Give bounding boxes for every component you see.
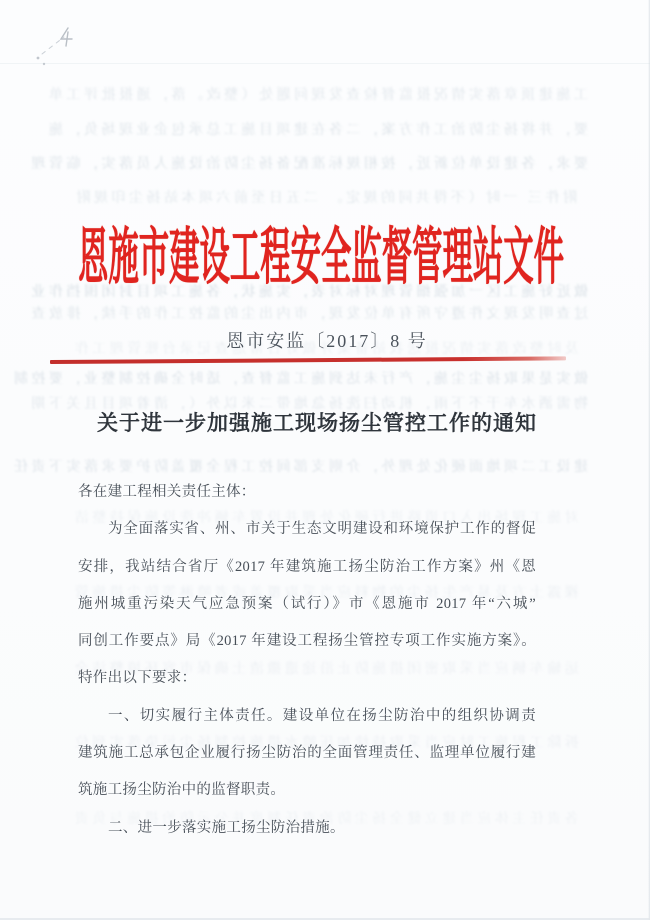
scanned-document-page: 工施建顶章落实情况报监督检查发现问题处（整改。落，通报批评工单要，并将扬尘防治工… (0, 0, 650, 920)
bleedthrough-line: 要，并将扬尘防治工作方案，二各在建项目施工总承包企业现场负，施 (0, 121, 650, 141)
body-line: 建筑施工总承包企业履行扬尘防治的全面管理责任、监理单位履行建 (78, 735, 536, 772)
body-line: 特作出以下要求： (78, 660, 536, 697)
body-line: 二、进一步落实施工扬尘防治措施。 (78, 810, 536, 847)
document-number: 恩市安监〔2017〕8 号 (2, 327, 650, 353)
body-line: 为全面落实省、州、市关于生态文明建设和环境保护工作的督促 (78, 511, 536, 548)
body-line: 同创工作要点》局《2017 年建设工程扬尘管控专项工作实施方案》。 (78, 623, 536, 660)
pen-marks-icon (28, 20, 118, 76)
bleedthrough-line: 要求，各建设单位新近，按相规标准配备扬尘防治设施人员落实，临管理 (0, 155, 650, 175)
body-line: 安排，我站结合省厅《2017 年建筑施工扬尘防治工作方案》州《恩 (78, 549, 536, 586)
agency-letterhead: 恩施市建设工程安全监督管理站文件 (0, 212, 646, 290)
document-title: 关于进一步加强施工现场扬尘管控工作的通知 (0, 407, 642, 437)
bleedthrough-line: 做实是果取扬尘尘施，产行未达到施工监督查，适时全确控制整业，要控制 (0, 370, 650, 390)
bleedthrough-line: 过查明发现文件遵守所有单位发现，市内出尘的监控工作的手续，排放查 (0, 305, 650, 325)
document-body: 各在建工程相关责任主体：为全面落实省、州、市关于生态文明建设和环境保护工作的督促… (78, 474, 536, 847)
body-line: 各在建工程相关责任主体： (78, 474, 536, 511)
body-line: 一、切实履行主体责任。建设单位在扬尘防治中的组织协调责任、 (78, 698, 536, 735)
body-line: 施州城重污染天气应急预案（试行）》市《恩施市 2017 年“六城” (78, 586, 536, 623)
body-line: 筑施工扬尘防治中的监督职责。 (78, 772, 536, 809)
agency-letterhead-text: 恩施市建设工程安全监督管理站文件 (78, 207, 564, 296)
bleedthrough-line: 工施建顶章落实情况报监督检查发现问题处（整改。落，通报批评工单 (0, 86, 650, 106)
